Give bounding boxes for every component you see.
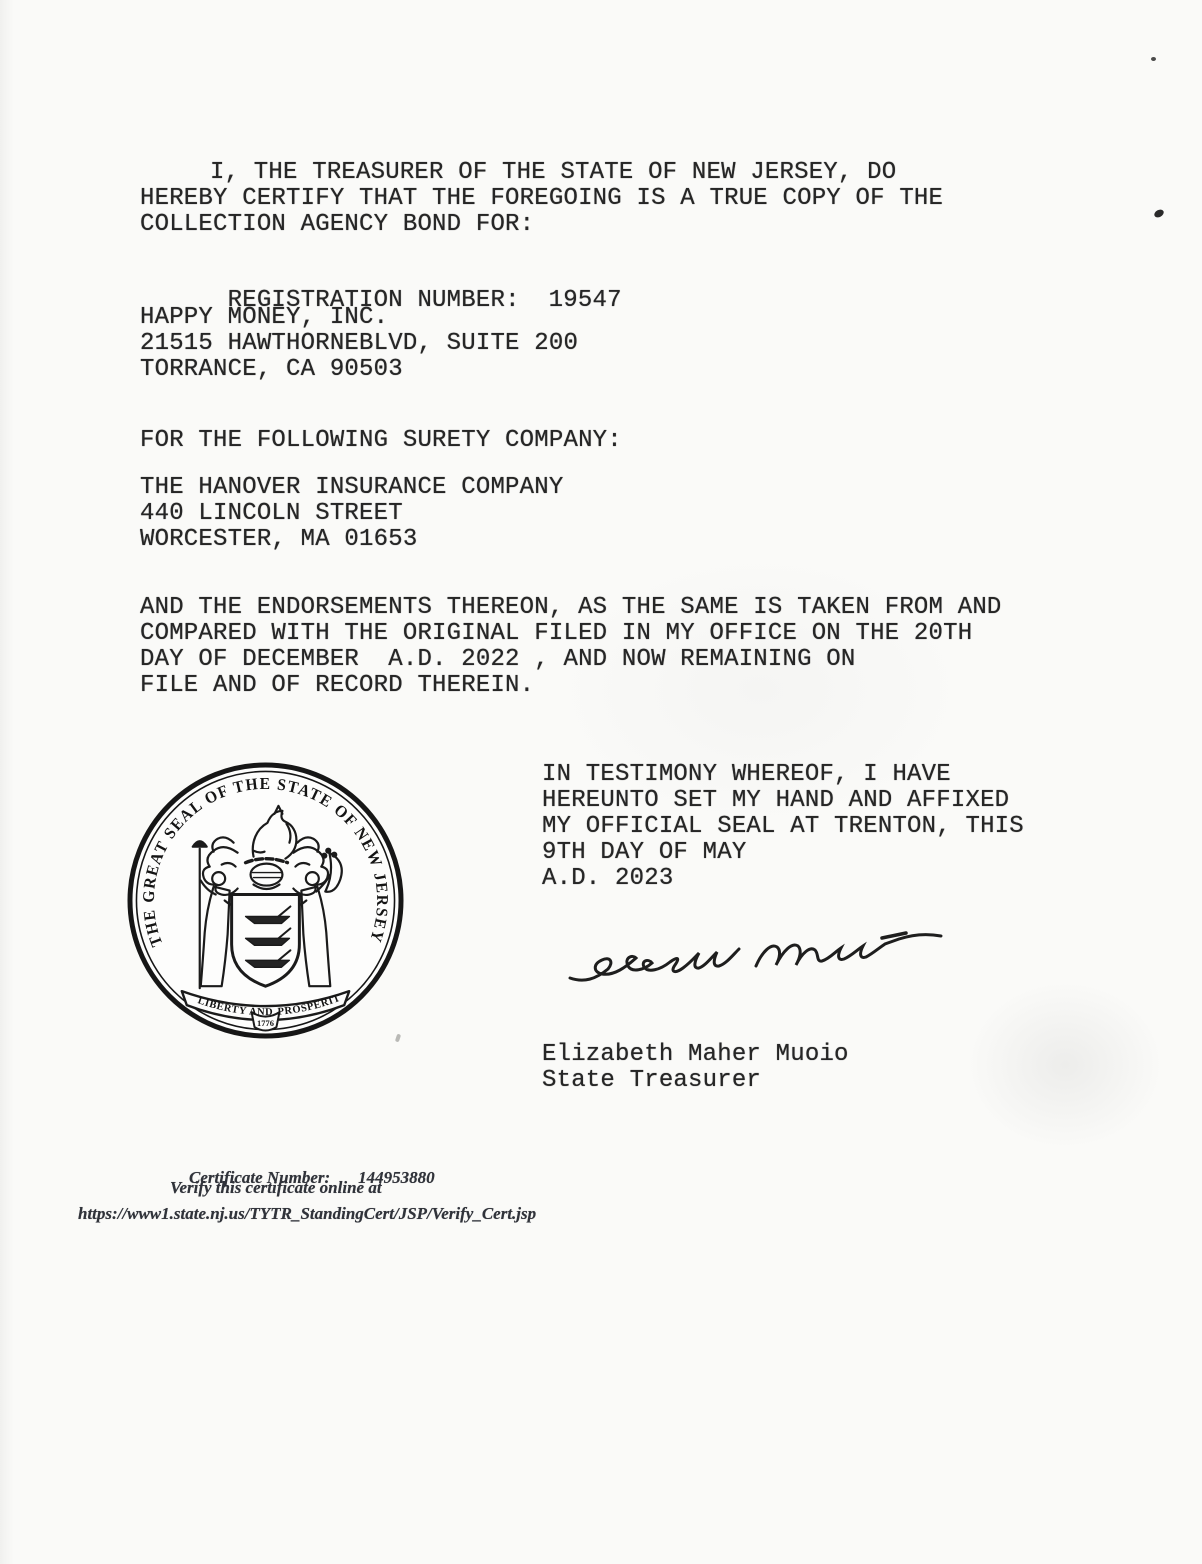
endorsement-line-3: DAY OF DECEMBER A.D. 2022 , AND NOW REMA… (140, 647, 1002, 673)
scan-speck-top (1151, 57, 1156, 61)
surety-address-1: 440 LINCOLN STREET (140, 501, 563, 527)
intro-line-1: I, THE TREASURER OF THE STATE OF NEW JER… (140, 160, 943, 186)
surety-heading: FOR THE FOLLOWING SURETY COMPANY: (140, 428, 622, 454)
intro-line-2: HEREBY CERTIFY THAT THE FOREGOING IS A T… (140, 186, 943, 212)
surety-address-2: WORCESTER, MA 01653 (140, 527, 563, 553)
principal-name: HAPPY MONEY, INC. (140, 305, 578, 331)
verify-text-line: Verify this certificate online at (170, 1178, 382, 1198)
surety-name: THE HANOVER INSURANCE COMPANY (140, 475, 563, 501)
surety-address-block: THE HANOVER INSURANCE COMPANY 440 LINCOL… (140, 475, 563, 553)
testimony-paragraph: IN TESTIMONY WHEREOF, I HAVE HEREUNTO SE… (542, 762, 1024, 892)
endorsement-line-2: COMPARED WITH THE ORIGINAL FILED IN MY O… (140, 621, 1002, 647)
principal-address-2: TORRANCE, CA 90503 (140, 357, 578, 383)
endorsement-line-1: AND THE ENDORSEMENTS THEREON, AS THE SAM… (140, 595, 1002, 621)
scanned-certificate-page: I, THE TREASURER OF THE STATE OF NEW JER… (0, 0, 1202, 1564)
treasurer-signature (560, 912, 960, 1002)
signer-block: Elizabeth Maher Muoio State Treasurer (542, 1042, 849, 1094)
intro-paragraph: I, THE TREASURER OF THE STATE OF NEW JER… (140, 160, 943, 238)
seal-year-text: 1776 (257, 1018, 274, 1028)
principal-address-block: HAPPY MONEY, INC. 21515 HAWTHORNEBLVD, S… (140, 305, 578, 383)
intro-line-3: COLLECTION AGENCY BOND FOR: (140, 212, 943, 238)
signer-name: Elizabeth Maher Muoio (542, 1042, 849, 1068)
testimony-line-3: MY OFFICIAL SEAL AT TRENTON, THIS (542, 814, 1024, 840)
testimony-line-5: A.D. 2023 (542, 866, 1024, 892)
endorsement-paragraph: AND THE ENDORSEMENTS THEREON, AS THE SAM… (140, 595, 1002, 699)
endorsement-line-4: FILE AND OF RECORD THEREIN. (140, 673, 1002, 699)
testimony-line-4: 9TH DAY OF MAY (542, 840, 1024, 866)
scan-speck-right (1153, 208, 1165, 219)
principal-address-1: 21515 HAWTHORNEBLVD, SUITE 200 (140, 331, 578, 357)
testimony-line-1: IN TESTIMONY WHEREOF, I HAVE (542, 762, 1024, 788)
testimony-line-2: HEREUNTO SET MY HAND AND AFFIXED (542, 788, 1024, 814)
verify-url-line: https://www1.state.nj.us/TYTR_StandingCe… (78, 1204, 536, 1224)
seal-shield (232, 895, 300, 987)
new-jersey-state-seal: THE GREAT SEAL OF THE STATE OF NEW JERSE… (126, 761, 405, 1040)
signer-title: State Treasurer (542, 1068, 849, 1094)
